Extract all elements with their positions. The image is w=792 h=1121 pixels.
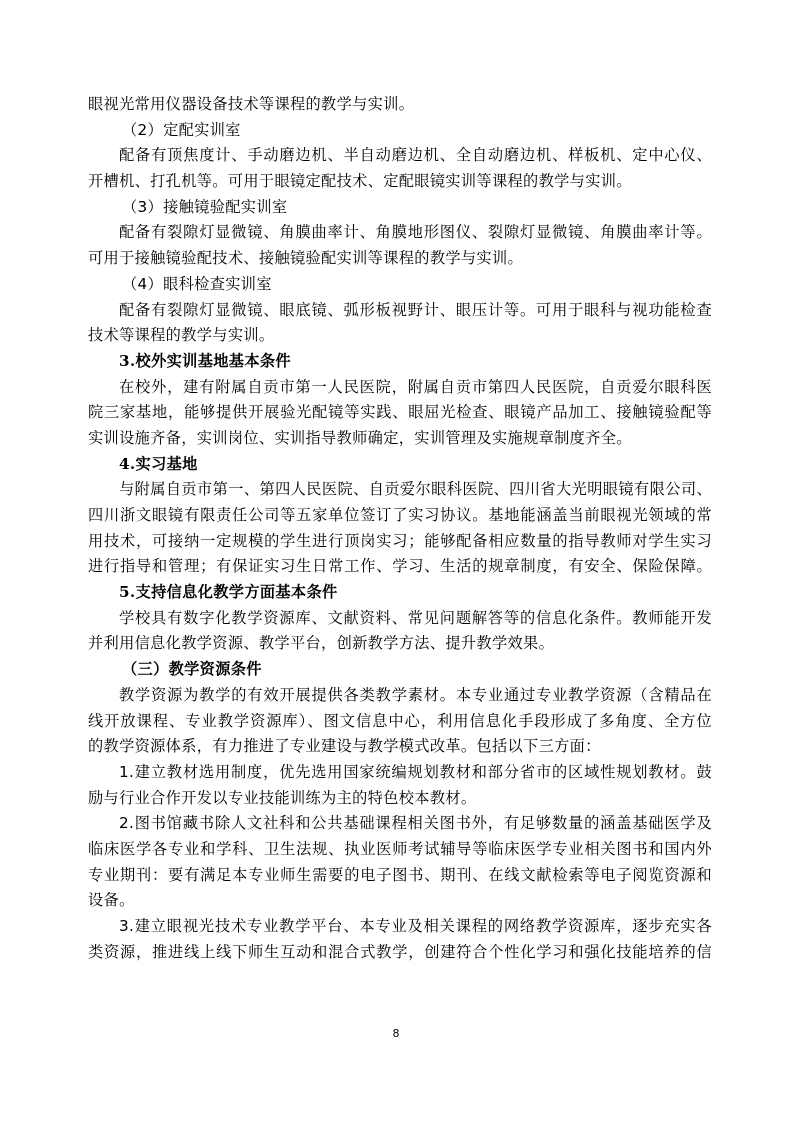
list-item-platform: 3.建立眼视光技术专业教学平台、本专业及相关课程的网络教学资源库，逐步充实各 [88,914,712,940]
body-line: 设备。 [88,888,712,914]
body-line: 开槽机、打孔机等。可用于眼镜定配技术、定配眼镜实训等课程的教学与实训。 [88,169,712,195]
body-line: 配备有顶焦度计、手动磨边机、半自动磨边机、全自动磨边机、样板机、定中心仪、 [88,143,712,169]
body-line: 配备有裂隙灯显微镜、角膜曲率计、角膜地形图仪、裂隙灯显微镜、角膜曲率计等。 [88,220,712,246]
page-number: 8 [0,1027,792,1040]
body-line: 学校具有数字化教学资源库、文献资料、常见问题解答等的信息化条件。教师能开发 [88,606,712,632]
subsection-title-eye-exam-lab: （4）眼科检查实训室 [88,272,712,298]
body-line: 配备有裂隙灯显微镜、眼底镜、弧形板视野计、眼压计等。可用于眼科与视功能检查 [88,298,712,324]
document-page-body: 眼视光常用仪器设备技术等课程的教学与实训。 （2）定配实训室 配备有顶焦度计、手… [88,92,712,965]
body-line: 眼视光常用仪器设备技术等课程的教学与实训。 [88,92,712,118]
body-line: 院三家基地，能够提供开展验光配镜等实践、眼屈光检查、眼镜产品加工、接触镜验配等 [88,400,712,426]
body-line: 专业期刊：要有满足本专业师生需要的电子图书、期刊、在线文献检索等电子阅览资源和 [88,863,712,889]
body-line: 并利用信息化教学资源、教学平台，创新教学方法、提升教学效果。 [88,631,712,657]
body-line: 励与行业合作开发以专业技能训练为主的特色校本教材。 [88,786,712,812]
subsection-title-contact-lens-lab: （3）接触镜验配实训室 [88,195,712,221]
body-line: 类资源，推进线上线下师生互动和混合式教学，创建符合个性化学习和强化技能培养的信 [88,940,712,966]
body-line: 教学资源为教学的有效开展提供各类教学素材。本专业通过专业教学资源（含精品在 [88,683,712,709]
body-line: 临床医学各专业和学科、卫生法规、执业医师考试辅导等临床医学专业相关图书和国内外 [88,837,712,863]
list-item-library: 2.图书馆藏书除人文社科和公共基础课程相关图书外，有足够数量的涵盖基础医学及 [88,811,712,837]
body-line: 的教学资源体系，有力推进了专业建设与教学模式改革。包括以下三方面： [88,734,712,760]
section-heading-internship-base: 4.实习基地 [88,452,712,478]
section-heading-teaching-resources: （三）教学资源条件 [88,657,712,683]
section-heading-it-teaching: 5.支持信息化教学方面基本条件 [88,580,712,606]
list-item-textbooks: 1.建立教材选用制度，优先选用国家统编规划教材和部分省市的区域性规划教材。鼓 [88,760,712,786]
body-line: 技术等课程的教学与实训。 [88,323,712,349]
body-line: 用技术，可接纳一定规模的学生进行顶岗实习；能够配备相应数量的指导教师对学生实习 [88,529,712,555]
body-line: 可用于接触镜验配技术、接触镜验配实训等课程的教学与实训。 [88,246,712,272]
body-line: 四川浙文眼镜有限责任公司等五家单位签订了实习协议。基地能涵盖当前眼视光领域的常 [88,503,712,529]
body-line: 进行指导和管理；有保证实习生日常工作、学习、生活的规章制度，有安全、保险保障。 [88,554,712,580]
section-heading-offcampus-base: 3.校外实训基地基本条件 [88,349,712,375]
body-line: 与附属自贡市第一、第四人民医院、自贡爱尔眼科医院、四川省大光明眼镜有限公司、 [88,477,712,503]
body-line: 实训设施齐备，实训岗位、实训指导教师确定，实训管理及实施规章制度齐全。 [88,426,712,452]
body-line: 线开放课程、专业教学资源库）、图文信息中心，利用信息化手段形成了多角度、全方位 [88,709,712,735]
subsection-title-fitting-lab: （2）定配实训室 [88,118,712,144]
body-line: 在校外，建有附属自贡市第一人民医院，附属自贡市第四人民医院，自贡爱尔眼科医 [88,375,712,401]
